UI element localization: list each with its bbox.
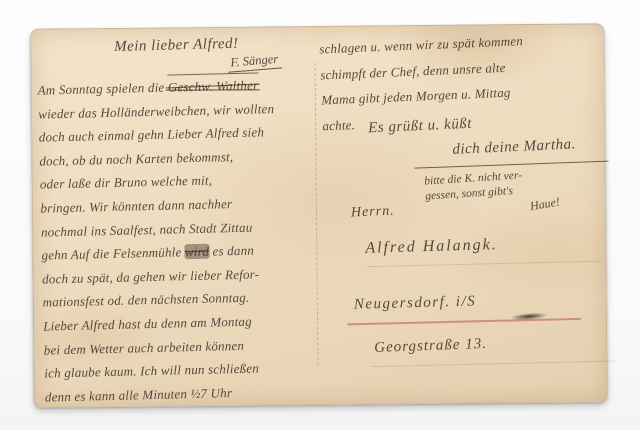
- ps-note: bitte die K. nicht ver- gessen, sonst gi…: [424, 169, 523, 204]
- insertion-name: F. Sänger: [227, 52, 282, 73]
- address-dotted-line: [367, 261, 601, 268]
- message-line-text: gehn Auf die Felsenmühle: [41, 244, 185, 262]
- photo-background: Mein lieber Alfred! F. Sänger Am Sonntag…: [0, 0, 640, 430]
- message-line-text: Am Sonntag spielen die: [37, 80, 168, 98]
- address-dotted-line: [372, 360, 614, 367]
- ps-note-line: Haue!: [529, 194, 561, 214]
- address-town: Neugersdorf. i/S: [354, 293, 477, 313]
- closing-line: Es grüßt u. küßt: [368, 116, 472, 138]
- postcard: Mein lieber Alfred! F. Sänger Am Sonntag…: [30, 23, 608, 407]
- address-name: Alfred Halangk.: [365, 236, 498, 258]
- struck-word: wird: [185, 244, 210, 260]
- address-town-red-underline: [347, 318, 581, 325]
- struck-word: Geschw. Walther: [168, 72, 259, 99]
- signature-line: dich deine Martha.: [452, 136, 576, 158]
- message-left-column: Am Sonntag spielen die Geschw. Walther w…: [37, 71, 323, 409]
- address-street: Georgstraße 13.: [374, 336, 487, 357]
- signature-underline: [415, 161, 609, 169]
- message-line-text: es dann: [209, 243, 254, 259]
- address-recipient-title: Herrn.: [351, 204, 395, 222]
